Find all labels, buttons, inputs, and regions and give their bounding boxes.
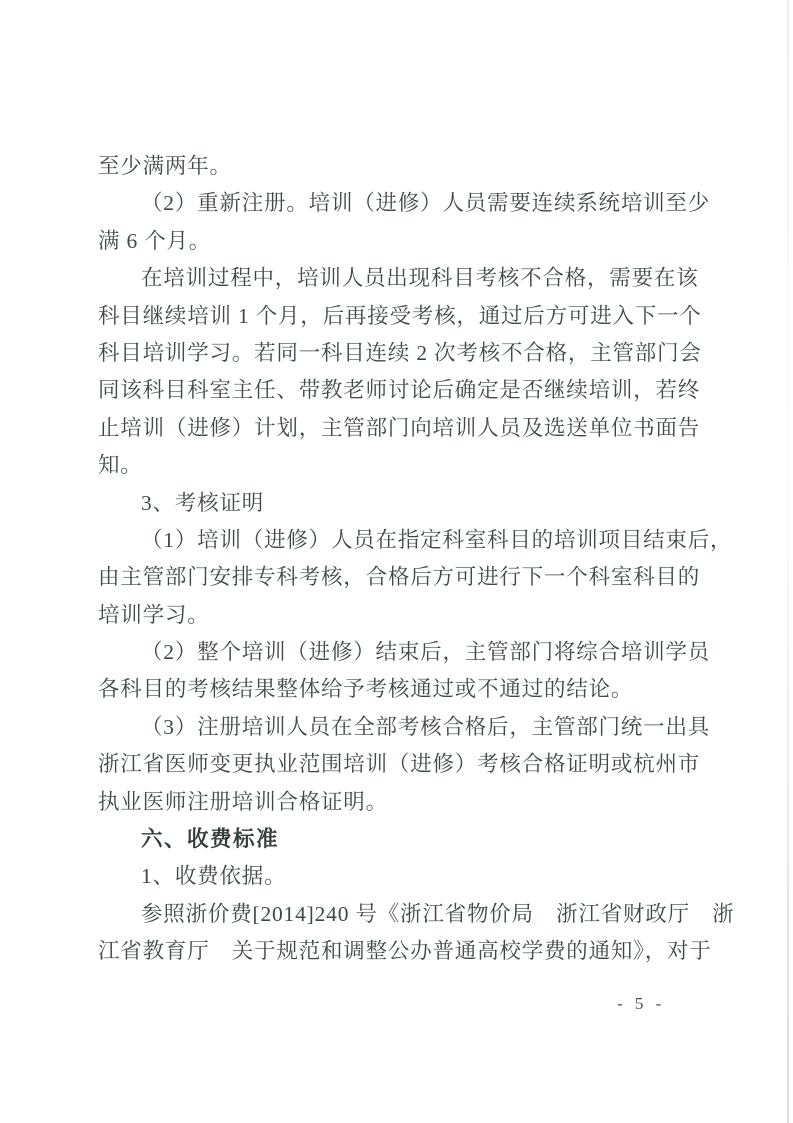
text-line: 江省教育厅 关于规范和调整公办普通高校学费的通知》，对于 [98, 933, 708, 970]
text-line: 满 6 个月。 [98, 223, 708, 260]
paragraph-fee-reference: 参照浙价费[2014]240 号《浙江省物价局 浙江省财政厅 浙 [98, 896, 708, 933]
subsection-heading-fee-basis: 1、收费依据。 [98, 858, 708, 895]
section-heading-fee-standard: 六、收费标准 [98, 821, 708, 858]
list-item-1-assessment: （1）培训（进修）人员在指定科室科目的培训项目结束后， [98, 522, 708, 559]
text-line: 知。 [98, 447, 708, 484]
list-item-2-reregister: （2）重新注册。培训（进修）人员需要连续系统培训至少 [98, 185, 708, 222]
page-number: - 5 - [617, 994, 665, 1014]
text-line: 执业医师注册培训合格证明。 [98, 784, 708, 821]
subsection-heading-assessment-cert: 3、考核证明 [98, 485, 708, 522]
text-line: 培训学习。 [98, 597, 708, 634]
document-page: 至少满两年。 （2）重新注册。培训（进修）人员需要连续系统培训至少 满 6 个月… [0, 0, 793, 1123]
text-line: 同该科目科室主任、带教老师讨论后确定是否继续培训，若终 [98, 372, 708, 409]
text-line: 各科目的考核结果整体给予考核通过或不通过的结论。 [98, 671, 708, 708]
document-body: 至少满两年。 （2）重新注册。培训（进修）人员需要连续系统培训至少 满 6 个月… [98, 148, 708, 971]
list-item-3-certificate-issue: （3）注册培训人员在全部考核合格后，主管部门统一出具 [98, 709, 708, 746]
text-line: 科目继续培训 1 个月，后再接受考核，通过后方可进入下一个 [98, 298, 708, 335]
text-line: 科目培训学习。若同一科目连续 2 次考核不合格，主管部门会 [98, 335, 708, 372]
list-item-2-overall-result: （2）整个培训（进修）结束后，主管部门将综合培训学员 [98, 634, 708, 671]
text-line: 止培训（进修）计划，主管部门向培训人员及选送单位书面告 [98, 410, 708, 447]
paragraph-training-process: 在培训过程中，培训人员出现科目考核不合格，需要在该 [98, 260, 708, 297]
scan-edge-artifact [787, 0, 789, 1123]
text-line: 由主管部门安排专科考核，合格后方可进行下一个科室科目的 [98, 559, 708, 596]
text-line: 浙江省医师变更执业范围培训（进修）考核合格证明或杭州市 [98, 746, 708, 783]
text-line: 至少满两年。 [98, 148, 708, 185]
